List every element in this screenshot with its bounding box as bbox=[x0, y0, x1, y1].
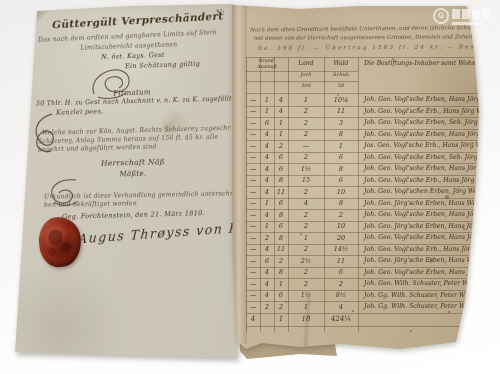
row-value: 4 bbox=[260, 142, 274, 150]
totals-value: 424¼ bbox=[324, 315, 358, 323]
row-name: Joh. Geo. Vogl'sche Erb., Hans Jörg Weig… bbox=[364, 177, 494, 184]
row-value: 11 bbox=[324, 257, 358, 265]
row-value: — bbox=[246, 107, 260, 115]
row-value: 2 bbox=[288, 211, 324, 219]
row-value: — bbox=[246, 234, 260, 242]
row-value: 1 bbox=[260, 199, 274, 207]
row-value: 4 bbox=[274, 96, 288, 104]
row-value: — bbox=[246, 211, 260, 219]
row-value: 2 bbox=[288, 153, 324, 161]
watermark-glyph-icon bbox=[472, 9, 480, 19]
row-value: 2 bbox=[324, 280, 358, 288]
row-value: — bbox=[288, 142, 324, 150]
watermark-underline bbox=[452, 22, 482, 25]
row-name: Joh. Geo. Wilh. Schuster, Peter Wirth bbox=[364, 280, 480, 287]
row-value: 10¼ bbox=[324, 96, 358, 104]
table-hline bbox=[246, 57, 480, 58]
register-top-line-3: Sa. 398 fl. — Übertrag 1583 fl. 24 kr. —… bbox=[258, 44, 500, 52]
row-value: 4 bbox=[288, 199, 324, 207]
row-value: 11 bbox=[274, 188, 288, 196]
row-value: — bbox=[246, 130, 260, 138]
row-name: Joh. Geo. Jörg'sche Erben, Hans Weigl bbox=[364, 257, 484, 264]
row-name: Joh. Geo. Vogl'sche Erben, Hans Jörg Wei… bbox=[364, 211, 500, 218]
row-value: 2 bbox=[288, 119, 324, 127]
row-value: 10 bbox=[324, 222, 358, 230]
table-hline bbox=[246, 326, 480, 327]
row-value: 6 bbox=[324, 268, 358, 276]
row-value: 1 bbox=[288, 234, 324, 242]
row-value: 4 bbox=[324, 303, 358, 311]
row-value: 1 bbox=[260, 222, 274, 230]
col-group-header-2: Ausmaß bbox=[246, 65, 288, 70]
row-value: 11 bbox=[274, 245, 288, 253]
row-value: 6 bbox=[260, 119, 274, 127]
row-value: — bbox=[246, 153, 260, 161]
row-value: 6 bbox=[274, 153, 288, 161]
watermark: G bbox=[433, 7, 499, 29]
row-value: — bbox=[246, 222, 260, 230]
watermark-glyph-icon bbox=[452, 9, 460, 19]
row-value: 4 bbox=[260, 245, 274, 253]
row-value: 6 bbox=[324, 176, 358, 184]
row-name: Joh. Geo. Jörg'sche Erben, Hans Weigl bbox=[364, 200, 484, 207]
row-name: Joh. Gg. Wilh. Schuster, Peter Wirth bbox=[364, 303, 477, 310]
col-group-header-1: Grund- bbox=[246, 59, 288, 64]
row-name: Joh. Geo. Vogl'sche Erb., Hans Jörg Weig… bbox=[364, 246, 494, 253]
row-value: — bbox=[246, 142, 260, 150]
row-value: 6 bbox=[274, 291, 288, 299]
totals-value: 4 bbox=[246, 315, 260, 323]
row-value: 2 bbox=[288, 222, 324, 230]
row-value: 6 bbox=[274, 165, 288, 173]
row-value: — bbox=[246, 119, 260, 127]
row-value: 2 bbox=[274, 257, 288, 265]
row-value: 4 bbox=[260, 268, 274, 276]
row-value: 4 bbox=[260, 130, 274, 138]
row-value: 8 bbox=[274, 234, 288, 242]
row-value: 2 bbox=[260, 234, 274, 242]
row-value: 4 bbox=[260, 211, 274, 219]
row-value: 2 bbox=[288, 268, 324, 276]
row-value: 4 bbox=[260, 291, 274, 299]
col-subheader-land: Joch bbox=[290, 72, 322, 78]
row-value: — bbox=[246, 257, 260, 265]
watermark-circle-logo-icon: G bbox=[433, 8, 449, 24]
row-value: 1 bbox=[260, 96, 274, 104]
row-value: 6 bbox=[274, 222, 288, 230]
auction-photo: N: Güttergült Verpreschändert Das nach d… bbox=[0, 0, 500, 374]
row-value: 14½ bbox=[324, 245, 358, 253]
row-value: 2 bbox=[274, 303, 288, 311]
col-header-wald: Wald bbox=[326, 60, 356, 67]
row-value: 10 bbox=[324, 188, 358, 196]
row-value: 2 bbox=[288, 245, 324, 253]
row-value: — bbox=[246, 96, 260, 104]
row-value: 8 bbox=[324, 130, 358, 138]
row-value: 1 bbox=[274, 130, 288, 138]
row-value: 6 bbox=[260, 257, 274, 265]
row-value: 8 bbox=[274, 176, 288, 184]
row-value: 2 bbox=[274, 142, 288, 150]
col-header-names: Die Bestiftungs-Inhaber samt Wohnort bbox=[364, 60, 485, 67]
row-value: 2 bbox=[260, 303, 274, 311]
row-value: 11 bbox=[324, 107, 358, 115]
row-value: 20 bbox=[324, 234, 358, 242]
row-value: 3 bbox=[324, 119, 358, 127]
row-value: 6 bbox=[324, 153, 358, 161]
row-value: 8 bbox=[324, 165, 358, 173]
row-value: — bbox=[246, 291, 260, 299]
row-name: Joh. Geo. Vogl'sche Erben, Hans Jörg Wei… bbox=[364, 269, 500, 276]
row-value: 2½ bbox=[288, 257, 324, 265]
row-value: 4 bbox=[260, 153, 274, 161]
row-value: 2 bbox=[288, 107, 324, 115]
row-value: — bbox=[246, 165, 260, 173]
row-value: — bbox=[246, 268, 260, 276]
row-value: 2 bbox=[288, 188, 324, 196]
row-name: Joh. Geo. Vogl'sche Erben, Seb. Jörg Wei… bbox=[364, 119, 497, 126]
watermark-glyph-icon bbox=[462, 9, 470, 19]
right-document-wrap: Nach dem alten Grundbuch bestiftete Unte… bbox=[0, 0, 500, 374]
row-value: — bbox=[246, 245, 260, 253]
col-header-land: Land bbox=[290, 60, 322, 67]
row-value: 8½ bbox=[324, 291, 358, 299]
row-name: Joh. Geo. Vogl'sche Erben, Hans Jörg Wei… bbox=[364, 165, 500, 172]
row-value: 6 bbox=[274, 199, 288, 207]
row-value: 1 bbox=[288, 96, 324, 104]
row-value: 1½ bbox=[288, 291, 324, 299]
row-name: Joh. Geo. Vogl'sche Erben, Hans Jörg Wei… bbox=[364, 96, 500, 103]
row-value: 15 bbox=[288, 176, 324, 184]
row-value: 8 bbox=[274, 211, 288, 219]
right-document-page: Nach dem alten Grundbuch bestiftete Unte… bbox=[0, 0, 500, 374]
col-subheader2-land: 300 bbox=[290, 83, 322, 89]
col-subheader2-wald: 50 bbox=[326, 83, 356, 89]
row-value: — bbox=[246, 199, 260, 207]
register-top-line-2: mit denen von der Herrschaft ausgemessen… bbox=[254, 34, 500, 42]
table-vline bbox=[358, 57, 359, 332]
row-value: 4 bbox=[260, 176, 274, 184]
row-name: Joh. Geo. Jörg'sche Erben, Hans Jörg Wei… bbox=[364, 223, 499, 230]
row-name: Joh. Geo. Vogl'schen Erben, Jörg Weigl bbox=[364, 188, 485, 195]
foxing-spots bbox=[0, 0, 2, 2]
row-value: 4 bbox=[260, 280, 274, 288]
row-name: Joh. Geo. Vogl'sche Erben, Seb. Jörg Wei… bbox=[364, 154, 497, 161]
totals-value: 1 bbox=[274, 315, 288, 323]
row-value: 4 bbox=[260, 165, 274, 173]
row-value: — bbox=[246, 176, 260, 184]
row-value: 2 bbox=[288, 280, 324, 288]
totals-value: 18 bbox=[288, 315, 324, 323]
row-name: Joh. Geo. Vogl'sche Erben, Hans Jörg Wei… bbox=[364, 234, 500, 241]
table-hline bbox=[246, 313, 480, 314]
row-name: Jos. Geo. Vogl'sche Erb., Hans Jörg Weig… bbox=[364, 142, 493, 149]
row-value: 1 bbox=[324, 142, 358, 150]
row-value: 1 bbox=[274, 119, 288, 127]
fold-strip bbox=[232, 4, 247, 344]
row-value: 8 bbox=[324, 199, 358, 207]
row-value: 1½ bbox=[288, 165, 324, 173]
row-value: 1 bbox=[260, 107, 274, 115]
row-value: 2 bbox=[324, 211, 358, 219]
row-value: 4 bbox=[260, 188, 274, 196]
row-value: — bbox=[246, 303, 260, 311]
watermark-glyph-icon bbox=[482, 9, 490, 19]
row-value: — bbox=[246, 280, 260, 288]
row-name: Joh. Geo. Vogl'sche Erb., Hans Jörg Weig… bbox=[364, 108, 494, 115]
row-value: — bbox=[246, 188, 260, 196]
row-value: 1 bbox=[288, 303, 324, 311]
table-hline bbox=[246, 81, 358, 82]
col-subheader-wald: Schuh bbox=[326, 72, 356, 78]
row-value: 4 bbox=[274, 107, 288, 115]
row-value: 1 bbox=[274, 280, 288, 288]
row-name: Joh. Geo. Vogl'sche Erben, Hans Jörg Wei… bbox=[364, 131, 500, 138]
row-value: 8 bbox=[274, 268, 288, 276]
row-value: 2 bbox=[288, 130, 324, 138]
table-hline bbox=[246, 93, 480, 94]
row-name: Joh. Gg. Wilh. Schuster, Peter Wirth bbox=[364, 292, 477, 299]
